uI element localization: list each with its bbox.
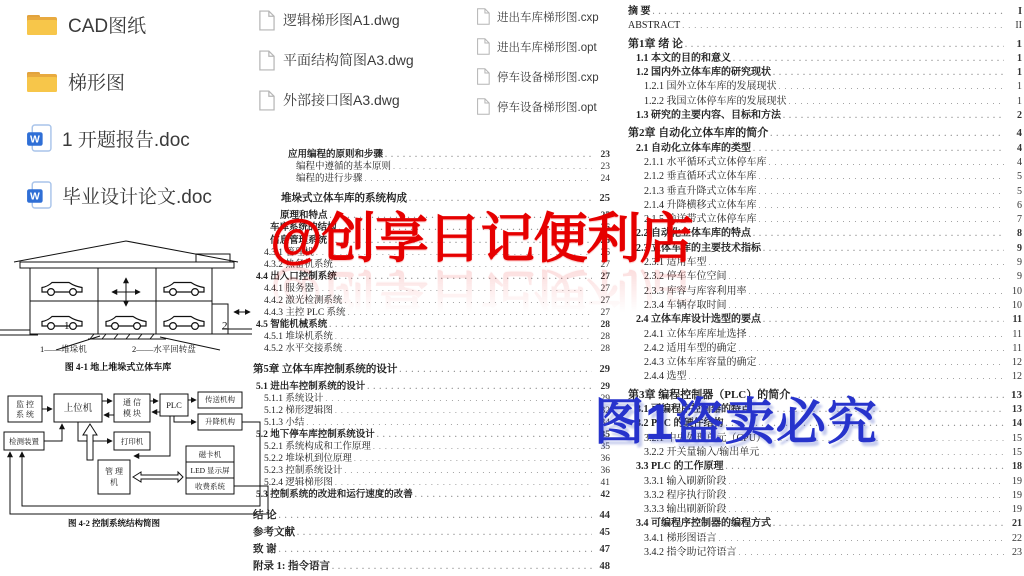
dot-leader bbox=[329, 235, 592, 247]
toc-entry: 参考文献 45 bbox=[253, 527, 610, 539]
toc-entry: 4.5.1 堆垛机系统 28 bbox=[253, 331, 610, 343]
dot-leader bbox=[768, 432, 1004, 446]
dot-leader bbox=[729, 475, 1005, 489]
toc-entry-page: 6 bbox=[1006, 199, 1022, 213]
dot-leader bbox=[729, 270, 1005, 284]
toc-entry-page: 5 bbox=[1006, 170, 1022, 184]
toc-entry-title: 4.4.2 激光检测系统 bbox=[264, 295, 342, 307]
toc-entry: 3.2.2 开关量输入/输出单元 15 bbox=[628, 446, 1022, 460]
screenshot-root: W CAD图纸 bbox=[0, 0, 1024, 576]
toc-entry: 5.3 控制系统的改进和运行速度的改善 42 bbox=[253, 489, 610, 501]
dot-leader bbox=[759, 185, 1005, 199]
toc-entry: 编程的进行步骤 24 bbox=[253, 173, 610, 185]
box-printer: 打印机 bbox=[121, 436, 144, 446]
dot-leader bbox=[339, 271, 592, 283]
figure1-legend-1: 1——堆垛机 bbox=[40, 344, 87, 354]
toc-entry: 3.3.3 输出刷新阶段 19 bbox=[628, 503, 1022, 517]
toc-entry: 编程中遵循的基本原则 23 bbox=[253, 161, 610, 173]
toc-entry-title: 2.1.5 输送带式立体停车库 bbox=[644, 213, 757, 227]
dot-leader bbox=[279, 510, 592, 522]
toc-entry-title: 参考文献 bbox=[253, 527, 295, 539]
file-name: 进出车库梯形图.opt bbox=[497, 39, 597, 55]
toc-entry-title: 1.3 研究的主要内容、目标和方法 bbox=[636, 109, 781, 123]
dot-leader bbox=[739, 342, 1005, 356]
dot-leader bbox=[792, 388, 1004, 403]
dot-leader bbox=[306, 417, 592, 429]
file-name: CAD图纸 bbox=[68, 11, 146, 38]
toc-entry: 2.1.4 升降横移式立体车库 6 bbox=[628, 199, 1022, 213]
toc-entry: 3.4 可编程序控制器的编程方式 21 bbox=[628, 517, 1022, 531]
dot-leader bbox=[759, 213, 1005, 227]
dot-leader bbox=[335, 405, 592, 417]
toc-entry-title: 摘 要 bbox=[628, 5, 651, 19]
box-manage-line1: 管 理 bbox=[105, 466, 123, 476]
figure-control-system-diagram: 监 控 系 统 上位机 通 信 模 块 PLC 传送机构 升降机构 打印机 检测… bbox=[2, 388, 280, 530]
toc-entry-page: 28 bbox=[594, 343, 610, 355]
toc-entry-title: 4.3.2 热备机系统 bbox=[264, 259, 333, 271]
toc-entry-page: 41 bbox=[594, 477, 610, 489]
toc-entry-page: 9 bbox=[1006, 256, 1022, 270]
toc-entry-title: 2.1.4 升降横移式立体车库 bbox=[644, 199, 757, 213]
box-manage-line2: 机 bbox=[110, 477, 118, 487]
toc-entry-page: 27 bbox=[594, 283, 610, 295]
toc-entry: 5.2.2 堆垛机到位原理 36 bbox=[253, 453, 610, 465]
box-monitor-line1: 监 控 bbox=[16, 399, 34, 409]
toc-entry-title: 2.3 立体车库的主要技术指标 bbox=[636, 242, 761, 256]
dot-leader bbox=[316, 247, 592, 259]
dot-leader bbox=[739, 546, 1005, 560]
toc-entry-page: 12 bbox=[1006, 370, 1022, 384]
dot-leader bbox=[709, 256, 1005, 270]
file-name: 毕业设计论文.doc bbox=[62, 182, 212, 209]
toc-entry: 5.2.3 控制系统设计 36 bbox=[253, 465, 610, 477]
toc-entry-title: 应用编程的原则和步骤 bbox=[288, 149, 383, 161]
toc-entry-page: 10 bbox=[1006, 285, 1022, 299]
toc-entry-title: 2.4.1 立体车库库址选择 bbox=[644, 328, 747, 342]
toc-entry: 5.2.1 系统构成和工作原理 35 bbox=[253, 441, 610, 453]
toc-entry: 堆垛式立体车库的系统构成 25 bbox=[253, 193, 610, 205]
file-icon bbox=[258, 50, 275, 71]
dot-leader bbox=[773, 517, 1004, 531]
word-file-icon bbox=[26, 124, 52, 152]
toc-entry-page: 11 bbox=[1006, 342, 1022, 356]
file-icon bbox=[258, 90, 275, 111]
toc-entry-page: 9 bbox=[1006, 242, 1022, 256]
figure1-label-2: 2 bbox=[222, 320, 228, 332]
toc-entry: 附录 1: 指令语言 48 bbox=[253, 561, 610, 573]
toc-entry-title: 2.4.3 立体车库容量的确定 bbox=[644, 356, 757, 370]
box-convey: 传送机构 bbox=[205, 394, 235, 404]
file-name: 停车设备梯形图.opt bbox=[497, 99, 597, 115]
file-panel-left: CAD图纸 梯形图 1 开题报告.doc 毕业设计论文.doc bbox=[26, 8, 212, 211]
box-host: 上位机 bbox=[64, 402, 93, 414]
toc-entry: 2.3.1 适用车型 9 bbox=[628, 256, 1022, 270]
toc-entry: 摘 要 I bbox=[628, 5, 1022, 19]
file-item[interactable]: 停车设备梯形图.opt bbox=[476, 97, 599, 116]
toc-entry-page: 26 bbox=[594, 247, 610, 259]
dot-leader bbox=[393, 161, 592, 173]
toc-entry-title: 2.1 自动化立体车库的类型 bbox=[636, 142, 751, 156]
toc-entry-page: I bbox=[1006, 5, 1022, 19]
toc-entry-page: 24 bbox=[594, 173, 610, 185]
file-name: 逻辑梯形图A1.dwg bbox=[283, 10, 400, 30]
toc-entry-title: 3.2.2 开关量输入/输出单元 bbox=[644, 446, 759, 460]
toc-entry: 3.3.2 程序执行阶段 19 bbox=[628, 489, 1022, 503]
toc-entry-page: II bbox=[1006, 19, 1022, 33]
toc-entry-page: 1 bbox=[1006, 95, 1022, 109]
dot-leader bbox=[348, 307, 592, 319]
dot-leader bbox=[770, 126, 1004, 141]
toc-entry: 2.1.1 水平循环式立体停车库 4 bbox=[628, 156, 1022, 170]
toc-entry-page: 1 bbox=[1006, 66, 1022, 80]
toc-entry-title: 3.3.2 程序执行阶段 bbox=[644, 489, 727, 503]
toc-entry-title: 车库系统的结构 bbox=[270, 222, 337, 234]
toc-entry: 2.4 立体车库设计选型的要点 11 bbox=[628, 313, 1022, 327]
dot-leader bbox=[297, 527, 592, 539]
figure2-caption: 图 4-2 控制系统结构简图 bbox=[68, 518, 161, 528]
toc-entry-page: 36 bbox=[594, 465, 610, 477]
toc-entry: 2.1.5 输送带式立体停车库 7 bbox=[628, 213, 1022, 227]
toc-entry-title: 1.2.2 我国立体停车库的发展现状 bbox=[644, 95, 787, 109]
box-comm-line2: 模 块 bbox=[123, 408, 141, 418]
toc-entry: 4.4.2 激光检测系统 27 bbox=[253, 295, 610, 307]
toc-entry-title: 3.4.2 指令助记符语言 bbox=[644, 546, 737, 560]
toc-entry-title: 附录 1: 指令语言 bbox=[253, 561, 330, 573]
dot-leader bbox=[365, 173, 592, 185]
figure1-legend-2: 2——水平回转盘 bbox=[132, 344, 196, 354]
toc-entry-title: 3.4.1 梯形图语言 bbox=[644, 532, 717, 546]
toc-entry-page: 48 bbox=[594, 561, 610, 573]
dot-leader bbox=[726, 460, 1005, 474]
file-item[interactable]: 1 开题报告.doc bbox=[26, 122, 212, 154]
toc-entry-title: 2.3.3 库容与库容利用率 bbox=[644, 285, 747, 299]
toc-entry-page: 25 bbox=[594, 210, 610, 222]
dot-leader bbox=[783, 109, 1004, 123]
toc-entry-page: 45 bbox=[594, 527, 610, 539]
toc-entry-page: 44 bbox=[594, 510, 610, 522]
toc-entry-title: 5.1.3 小结 bbox=[264, 417, 304, 429]
file-item[interactable]: 进出车库梯形图.opt bbox=[476, 37, 599, 56]
toc-entry: 结 论 44 bbox=[253, 510, 610, 522]
dot-leader bbox=[415, 489, 592, 501]
toc-entry-title: 3.3 PLC 的工作原理 bbox=[636, 460, 724, 474]
toc-entry-page: 11 bbox=[1006, 313, 1022, 327]
toc-entry: 5.2.4 逻辑梯形图 41 bbox=[253, 477, 610, 489]
toc-entry: 2.4.3 立体车库容量的确定 12 bbox=[628, 356, 1022, 370]
toc-entry-page: 32 bbox=[594, 405, 610, 417]
file-name: 梯形图 bbox=[68, 68, 125, 95]
toc-entry: 2.1.2 垂直循环式立体车库 5 bbox=[628, 170, 1022, 184]
toc-entry-page: 27 bbox=[594, 259, 610, 271]
toc-entry: 4.5.2 水平交接系统 28 bbox=[253, 343, 610, 355]
toc-entry: 1.3 研究的主要内容、目标和方法 2 bbox=[628, 109, 1022, 123]
toc-entry-page: 28 bbox=[594, 331, 610, 343]
dot-leader bbox=[729, 299, 1005, 313]
toc-entry-title: 2.4 立体车库设计选型的要点 bbox=[636, 313, 761, 327]
toc-entry-title: 2.1.2 垂直循环式立体车库 bbox=[644, 170, 757, 184]
toc-entry-title: 4.5.1 堆垛机系统 bbox=[264, 331, 333, 343]
toc-entry-title: 4.3.1 管理机 bbox=[264, 247, 314, 259]
toc-entry-page: 4 bbox=[1006, 126, 1022, 140]
file-item[interactable]: 逻辑梯形图A1.dwg bbox=[258, 8, 414, 32]
toc-entry-title: 5.2.1 系统构成和工作原理 bbox=[264, 441, 371, 453]
toc-entry-page: 12 bbox=[1006, 356, 1022, 370]
dot-leader bbox=[685, 37, 1004, 52]
toc-entry-title: 结 论 bbox=[253, 510, 277, 522]
dot-leader bbox=[335, 331, 592, 343]
toc-entry-title: 第3章 编程控制器（PLC）的简介 bbox=[628, 388, 790, 402]
toc-entry: 5.2 地下停车库控制系统设计 35 bbox=[253, 429, 610, 441]
dot-leader bbox=[325, 393, 592, 405]
toc-entry: 2.3.2 停车车位空间 9 bbox=[628, 270, 1022, 284]
dot-leader bbox=[316, 283, 592, 295]
box-led: LED 显示屏 bbox=[191, 466, 230, 475]
toc-entry-page: 26 bbox=[594, 235, 610, 247]
toc-entry-title: 4.4.1 服务器 bbox=[264, 283, 314, 295]
toc-entry-page: 35 bbox=[594, 429, 610, 441]
box-fee: 收费系统 bbox=[195, 481, 225, 491]
dot-leader bbox=[330, 210, 592, 222]
toc-entry: 5.1 进出车控制系统的设计 29 bbox=[253, 381, 610, 393]
toc-entry-title: 4.4 出入口控制系统 bbox=[256, 271, 337, 283]
toc-entry-title: 3.3.3 输出刷新阶段 bbox=[644, 503, 727, 517]
dot-leader bbox=[759, 170, 1005, 184]
box-lift: 升降机构 bbox=[205, 416, 235, 426]
toc-entry-page: 5 bbox=[1006, 185, 1022, 199]
toc-entry-title: 5.3 控制系统的改进和运行速度的改善 bbox=[256, 489, 413, 501]
toc-entry-page: 47 bbox=[594, 544, 610, 556]
toc-entry-title: 2.4.2 适用车型的确定 bbox=[644, 342, 737, 356]
toc-entry-page: 27 bbox=[594, 307, 610, 319]
toc-entry-title: 第1章 绪 论 bbox=[628, 37, 683, 51]
toc-entry-title: 致 谢 bbox=[253, 544, 277, 556]
toc-entry-page: 23 bbox=[1006, 546, 1022, 560]
dot-leader bbox=[344, 343, 592, 355]
toc-entry: 5.1.2 梯形逻辑图 32 bbox=[253, 405, 610, 417]
toc-entry-page: 36 bbox=[594, 453, 610, 465]
toc-entry: 应用编程的原则和步骤 23 bbox=[253, 149, 610, 161]
dot-leader bbox=[329, 319, 592, 331]
toc-entry-page: 8 bbox=[1006, 227, 1022, 241]
toc-entry-title: 2.3.1 适用车型 bbox=[644, 256, 707, 270]
dot-leader bbox=[769, 156, 1005, 170]
toc-entry-title: 5.2.4 逻辑梯形图 bbox=[264, 477, 333, 489]
dot-leader bbox=[763, 313, 1004, 327]
toc-entry-page: 7 bbox=[1006, 213, 1022, 227]
file-icon bbox=[476, 98, 490, 115]
toc-entry-page: 13 bbox=[1006, 388, 1022, 402]
toc-entry: 2.4.1 立体车库库址选择 11 bbox=[628, 328, 1022, 342]
file-item[interactable]: 梯形图 bbox=[26, 65, 212, 97]
toc-entry-page: 1 bbox=[1006, 52, 1022, 66]
box-detect: 检测装置 bbox=[9, 436, 39, 446]
toc-entry-page: 14 bbox=[1006, 417, 1022, 431]
toc-entry-page: 11 bbox=[1006, 328, 1022, 342]
file-icon bbox=[476, 68, 490, 85]
dot-leader bbox=[729, 503, 1005, 517]
toc-entry: 第3章 编程控制器（PLC）的简介 13 bbox=[628, 388, 1022, 403]
toc-entry-title: 5.1 进出车控制系统的设计 bbox=[256, 381, 365, 393]
toc-entry-page: 25 bbox=[594, 193, 610, 205]
toc-entry-title: 第2章 自动化立体车库的简介 bbox=[628, 126, 768, 140]
toc-entry-title: 1.1 本文的目的和意义 bbox=[636, 52, 731, 66]
toc-middle: 应用编程的原则和步骤 23 编程中遵循的基本原则 23 编程的进行步骤 24 堆… bbox=[253, 149, 610, 573]
toc-entry-page: 26 bbox=[594, 222, 610, 234]
dot-leader bbox=[759, 356, 1005, 370]
toc-entry-page: 4 bbox=[1006, 142, 1022, 156]
box-monitor-line2: 系 统 bbox=[16, 409, 34, 419]
toc-entry-title: 编程中遵循的基本原则 bbox=[296, 161, 391, 173]
file-name: 进出车库梯形图.cxp bbox=[497, 9, 599, 25]
toc-entry-page: 19 bbox=[1006, 475, 1022, 489]
toc-entry: 1.2.2 我国立体停车库的发展现状 1 bbox=[628, 95, 1022, 109]
toc-entry-page: 23 bbox=[594, 149, 610, 161]
toc-entry-title: 2.1.3 垂直升降式立体车库 bbox=[644, 185, 757, 199]
toc-entry: 3.3 PLC 的工作原理 18 bbox=[628, 460, 1022, 474]
toc-entry-page: 2 bbox=[1006, 109, 1022, 123]
toc-entry-title: 第5章 立体车库控制系统的设计 bbox=[253, 364, 397, 376]
dot-leader bbox=[653, 5, 1005, 19]
toc-entry: 3.4.2 指令助记符语言 23 bbox=[628, 546, 1022, 560]
dot-leader bbox=[733, 52, 1004, 66]
file-name: 平面结构简图A3.dwg bbox=[283, 50, 414, 70]
figure-parking-garage: 1 2 1——堆垛机 2——水平回转盘 图 4-1 地上堆垛式立体车库 bbox=[0, 230, 252, 376]
toc-entry-title: 5.2.3 控制系统设计 bbox=[264, 465, 342, 477]
toc-entry-title: 4.5.2 水平交接系统 bbox=[264, 343, 342, 355]
word-file-icon bbox=[26, 181, 52, 209]
dot-leader bbox=[367, 381, 592, 393]
toc-entry-page: 34 bbox=[594, 417, 610, 429]
dot-leader bbox=[385, 149, 592, 161]
toc-entry-title: 4.4.3 主控 PLC 系统 bbox=[264, 307, 346, 319]
dot-leader bbox=[373, 441, 592, 453]
toc-entry: 2.2 自动化立体车库的特点 8 bbox=[628, 227, 1022, 241]
folder-icon bbox=[26, 68, 58, 94]
toc-entry: 4.3.1 管理机 26 bbox=[253, 247, 610, 259]
toc-entry-title: 5.1.1 系统设计 bbox=[264, 393, 323, 405]
file-item[interactable]: 进出车库梯形图.cxp bbox=[476, 7, 599, 26]
file-item[interactable]: CAD图纸 bbox=[26, 8, 212, 40]
toc-entry: 2.4.4 选型 12 bbox=[628, 370, 1022, 384]
toc-entry-page: 22 bbox=[1006, 532, 1022, 546]
toc-entry: 2.3.3 库容与库容利用率 10 bbox=[628, 285, 1022, 299]
dot-leader bbox=[789, 95, 1005, 109]
toc-entry: 2.1.3 垂直升降式立体车库 5 bbox=[628, 185, 1022, 199]
dot-leader bbox=[339, 222, 592, 234]
dot-leader bbox=[279, 544, 592, 556]
dot-leader bbox=[726, 417, 1005, 431]
file-icon bbox=[258, 10, 275, 31]
toc-entry: 1.1 本文的目的和意义 1 bbox=[628, 52, 1022, 66]
toc-entry: 1.2.1 国外立体车库的发展现状 1 bbox=[628, 80, 1022, 94]
dot-leader bbox=[763, 242, 1004, 256]
toc-entry-page: 28 bbox=[594, 319, 610, 331]
toc-entry: 4.5 智能机械系统 28 bbox=[253, 319, 610, 331]
toc-entry: 第5章 立体车库控制系统的设计 29 bbox=[253, 364, 610, 376]
toc-entry-page: 35 bbox=[594, 441, 610, 453]
file-item[interactable]: 外部接口图A3.dwg bbox=[258, 88, 414, 112]
toc-entry-title: ABSTRACT bbox=[628, 19, 680, 33]
dot-leader bbox=[749, 285, 1005, 299]
box-plc: PLC bbox=[166, 400, 182, 410]
toc-entry-title: 2.2 自动化立体车库的特点 bbox=[636, 227, 751, 241]
box-comm-line1: 通 信 bbox=[123, 397, 141, 407]
dot-leader bbox=[689, 370, 1005, 384]
toc-entry: 2.1 自动化立体车库的类型 4 bbox=[628, 142, 1022, 156]
dot-leader bbox=[409, 193, 592, 205]
toc-entry-page: 19 bbox=[1006, 489, 1022, 503]
toc-entry-page: 23 bbox=[594, 161, 610, 173]
toc-entry: ABSTRACT II bbox=[628, 19, 1022, 33]
toc-entry-page: 18 bbox=[1006, 460, 1022, 474]
toc-entry: 5.1.3 小结 34 bbox=[253, 417, 610, 429]
toc-entry: 信息管理系统 26 bbox=[253, 235, 610, 247]
dot-leader bbox=[749, 328, 1005, 342]
toc-entry-page: 10 bbox=[1006, 299, 1022, 313]
toc-entry-page: 42 bbox=[594, 489, 610, 501]
dot-leader bbox=[399, 364, 592, 376]
file-icon bbox=[476, 38, 490, 55]
dot-leader bbox=[344, 295, 592, 307]
toc-entry-page: 27 bbox=[594, 271, 610, 283]
toc-entry-page: 27 bbox=[594, 295, 610, 307]
box-card: 磁卡机 bbox=[199, 449, 222, 459]
toc-entry: 3.3.1 输入刷新阶段 19 bbox=[628, 475, 1022, 489]
toc-entry-title: 2.3.2 停车车位空间 bbox=[644, 270, 727, 284]
toc-entry-title: 原理和特点 bbox=[280, 210, 328, 222]
dot-leader bbox=[682, 19, 1004, 33]
dot-leader bbox=[753, 142, 1004, 156]
toc-entry-title: 编程的进行步骤 bbox=[296, 173, 363, 185]
toc-entry-page: 15 bbox=[1006, 446, 1022, 460]
toc-entry: 2.4.2 适用车型的确定 11 bbox=[628, 342, 1022, 356]
toc-entry: 4.4.3 主控 PLC 系统 27 bbox=[253, 307, 610, 319]
dot-leader bbox=[719, 532, 1005, 546]
toc-entry-title: 3.2.1 中央处理单元（CPU） bbox=[644, 432, 766, 446]
toc-entry-title: 信息管理系统 bbox=[270, 235, 327, 247]
toc-entry-title: 2.1.1 水平循环式立体停车库 bbox=[644, 156, 767, 170]
toc-entry-page: 1 bbox=[1006, 37, 1022, 51]
toc-entry-page: 29 bbox=[594, 393, 610, 405]
toc-entry-title: 4.5 智能机械系统 bbox=[256, 319, 327, 331]
dot-leader bbox=[761, 446, 1004, 460]
toc-right: 摘 要 I ABSTRACT II 第1章 绪 论 1 1.1 本文的目的和意义… bbox=[628, 5, 1022, 560]
dot-leader bbox=[377, 429, 592, 441]
dot-leader bbox=[335, 259, 592, 271]
file-item[interactable]: 平面结构简图A3.dwg bbox=[258, 48, 414, 72]
toc-entry-title: 3.4 可编程序控制器的编程方式 bbox=[636, 517, 771, 531]
toc-entry-title: 5.2 地下停车库控制系统设计 bbox=[256, 429, 375, 441]
dot-leader bbox=[332, 561, 592, 573]
file-item[interactable]: 停车设备梯形图.cxp bbox=[476, 67, 599, 86]
toc-entry: 车库系统的结构 26 bbox=[253, 222, 610, 234]
toc-entry-title: 3.2 PLC 的硬件结构 bbox=[636, 417, 724, 431]
toc-entry-title: 1.2 国内外立体车库的研究现状 bbox=[636, 66, 771, 80]
toc-entry-title: 堆垛式立体车库的系统构成 bbox=[281, 193, 407, 205]
file-item[interactable]: 毕业设计论文.doc bbox=[26, 179, 212, 211]
toc-entry-page: 15 bbox=[1006, 432, 1022, 446]
toc-entry-title: 3.1 可编程序控制器的特点 bbox=[636, 403, 751, 417]
toc-entry: 3.4.1 梯形图语言 22 bbox=[628, 532, 1022, 546]
dot-leader bbox=[335, 477, 592, 489]
file-icon bbox=[476, 8, 490, 25]
toc-entry: 4.4.1 服务器 27 bbox=[253, 283, 610, 295]
toc-entry: 第2章 自动化立体车库的简介 4 bbox=[628, 126, 1022, 141]
toc-entry-title: 3.3.1 输入刷新阶段 bbox=[644, 475, 727, 489]
file-name: 1 开题报告.doc bbox=[62, 125, 190, 152]
dot-leader bbox=[759, 199, 1005, 213]
file-name: 停车设备梯形图.cxp bbox=[497, 69, 599, 85]
